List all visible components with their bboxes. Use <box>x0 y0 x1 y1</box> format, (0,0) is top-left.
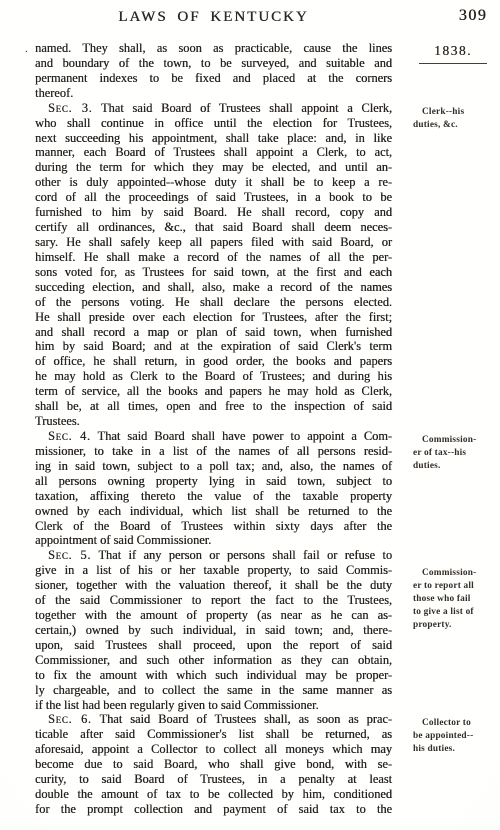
text-line: next succeeding his appointment, shall t… <box>35 131 392 146</box>
text-line: to fix the amount with which such indivi… <box>35 668 392 683</box>
text-line: sary. He shall safely keep all papers fi… <box>35 235 392 250</box>
text-line: Sec. 3. That said Board of Trustees shal… <box>35 101 392 116</box>
text-line: curity, to said Board of Trustees, in a … <box>35 772 392 787</box>
text-line: together with the amount of property (as… <box>35 608 392 623</box>
text-line: succeding election, and shall, also, mak… <box>35 280 392 295</box>
stray-mark: . <box>25 43 28 55</box>
text-line: who shall continue in office until the e… <box>35 116 392 131</box>
text-line: manner, each Board of Trustees shall app… <box>35 145 392 160</box>
text-line: Trustees. <box>35 414 392 429</box>
margin-note-line: er to report all <box>413 580 499 593</box>
text-line: upon, said Trustees shall proceed, upon … <box>35 638 392 653</box>
text-line: of the persons voting. He shall declare … <box>35 295 392 310</box>
text-line: sons voted for, as Trustees for said tow… <box>35 265 392 280</box>
margin-note-line: er of tax--his <box>413 447 499 460</box>
text-line: other is duly appointed--whose duty it s… <box>35 175 392 190</box>
text-line: Sec. 5. That if any person or persons sh… <box>35 548 392 563</box>
running-header: LAWS OF KENTUCKY <box>35 9 392 26</box>
text-line: taxation, affixing thereto the value of … <box>35 489 392 504</box>
margin-note: Commission-er to report allthose who fai… <box>413 567 499 632</box>
margin-note-line: duties. <box>413 460 499 473</box>
text-line: missioner, to take in a list of the name… <box>35 444 392 459</box>
paragraph: named. They shall, as soon as practicabl… <box>35 41 392 101</box>
text-line: aforesaid, appoint a Collector to collec… <box>35 742 392 757</box>
section-label: Sec. 5. <box>48 548 91 562</box>
text-line: named. They shall, as soon as practicabl… <box>35 41 392 56</box>
text-line: furnished to him by said Board. He shall… <box>35 205 392 220</box>
text-line: permanent indexes to be fixed and placed… <box>35 71 392 86</box>
text-line: cord of all the proceedings of said Trus… <box>35 190 392 205</box>
text-line: give in a list of his or her taxable pro… <box>35 563 392 578</box>
text-line: if the list had been regularly given to … <box>35 698 392 713</box>
scanned-page: LAWS OF KENTUCKY 309 1838. . named. They… <box>0 0 500 830</box>
text-line: certain,) owned by such individual, in s… <box>35 623 392 638</box>
text-line: term of service, all the books and paper… <box>35 384 392 399</box>
margin-note-line: property. <box>413 619 499 632</box>
text-line-content: That said Board of Trustees shall, as so… <box>99 712 392 726</box>
text-line: during the term for which they may be el… <box>35 160 392 175</box>
section-label: Sec. 3. <box>48 101 92 115</box>
text-line: certify all ordinances, &c., that said B… <box>35 220 392 235</box>
text-line: Commissioner, and such other information… <box>35 653 392 668</box>
margin-note-line: be appointed-- <box>413 730 499 743</box>
section-paragraph: Sec. 5. That if any person or persons sh… <box>35 548 392 712</box>
text-line: thereof. <box>35 86 392 101</box>
text-line-content: That if any person or persons shall fail… <box>98 548 392 562</box>
text-line: ly chargeable, and to collect the same i… <box>35 683 392 698</box>
text-line: appointment of said Commissioner. <box>35 533 392 548</box>
text-line: ticable after said Commissioner's list s… <box>35 727 392 742</box>
margin-note: Collector tobe appointed--his duties. <box>413 717 499 756</box>
margin-note-line: Clerk--his <box>413 106 499 119</box>
text-line-content: That said Board of Trustees shall appoin… <box>101 101 392 115</box>
text-line: Sec. 6. That said Board of Trustees shal… <box>35 712 392 727</box>
margin-note-line: those who fail <box>413 593 499 606</box>
margin-note: Clerk--hisduties, &c. <box>413 106 499 132</box>
text-line: become due to said Board, who shall give… <box>35 757 392 772</box>
text-line: of office, he shall return, in good orde… <box>35 354 392 369</box>
margin-year: 1838. <box>419 43 487 64</box>
text-line: Clerk of the Board of Trustees within si… <box>35 519 392 534</box>
text-line-content: That said Board shall have power to appo… <box>98 429 392 443</box>
text-line: Sec. 4. That said Board shall have power… <box>35 429 392 444</box>
margin-note-line: Collector to <box>413 717 499 730</box>
margin-note-line: duties, &c. <box>413 119 499 132</box>
margin-note: Commission-er of tax--hisduties. <box>413 434 499 473</box>
text-line: and boundary of the town, to be surveyed… <box>35 56 392 71</box>
text-line: sioner, together with the valuation ther… <box>35 578 392 593</box>
text-line: double the amount of tax to be collected… <box>35 787 392 802</box>
text-line: him by said Board; and at the expiration… <box>35 339 392 354</box>
section-paragraph: Sec. 4. That said Board shall have power… <box>35 429 392 548</box>
text-line: shall be, at all times, open and free to… <box>35 399 392 414</box>
text-line: He shall preside over each election for … <box>35 310 392 325</box>
text-line: for the prompt collection and payment of… <box>35 802 392 817</box>
margin-note-line: Commission- <box>413 567 499 580</box>
section-paragraph: Sec. 6. That said Board of Trustees shal… <box>35 712 392 816</box>
section-label: Sec. 6. <box>48 712 92 726</box>
margin-note-line: Commission- <box>413 434 499 447</box>
margin-note-line: his duties. <box>413 743 499 756</box>
text-line: all persons owning property lying in sai… <box>35 474 392 489</box>
text-line: himself. He shall make a record of the n… <box>35 250 392 265</box>
page-number: 309 <box>452 7 494 25</box>
section-paragraph: Sec. 3. That said Board of Trustees shal… <box>35 101 392 429</box>
section-label: Sec. 4. <box>48 429 91 443</box>
text-line: and shall record a map or plan of said t… <box>35 325 392 340</box>
text-line: ing in said town, subject to a poll tax;… <box>35 459 392 474</box>
text-line: of the said Commissioner to report the f… <box>35 593 392 608</box>
text-column: named. They shall, as soon as practicabl… <box>35 41 392 817</box>
margin-note-line: to give a list of <box>413 606 499 619</box>
text-line: owned by each individual, which list sha… <box>35 504 392 519</box>
text-line: he may hold as Clerk to the Board of Tru… <box>35 369 392 384</box>
